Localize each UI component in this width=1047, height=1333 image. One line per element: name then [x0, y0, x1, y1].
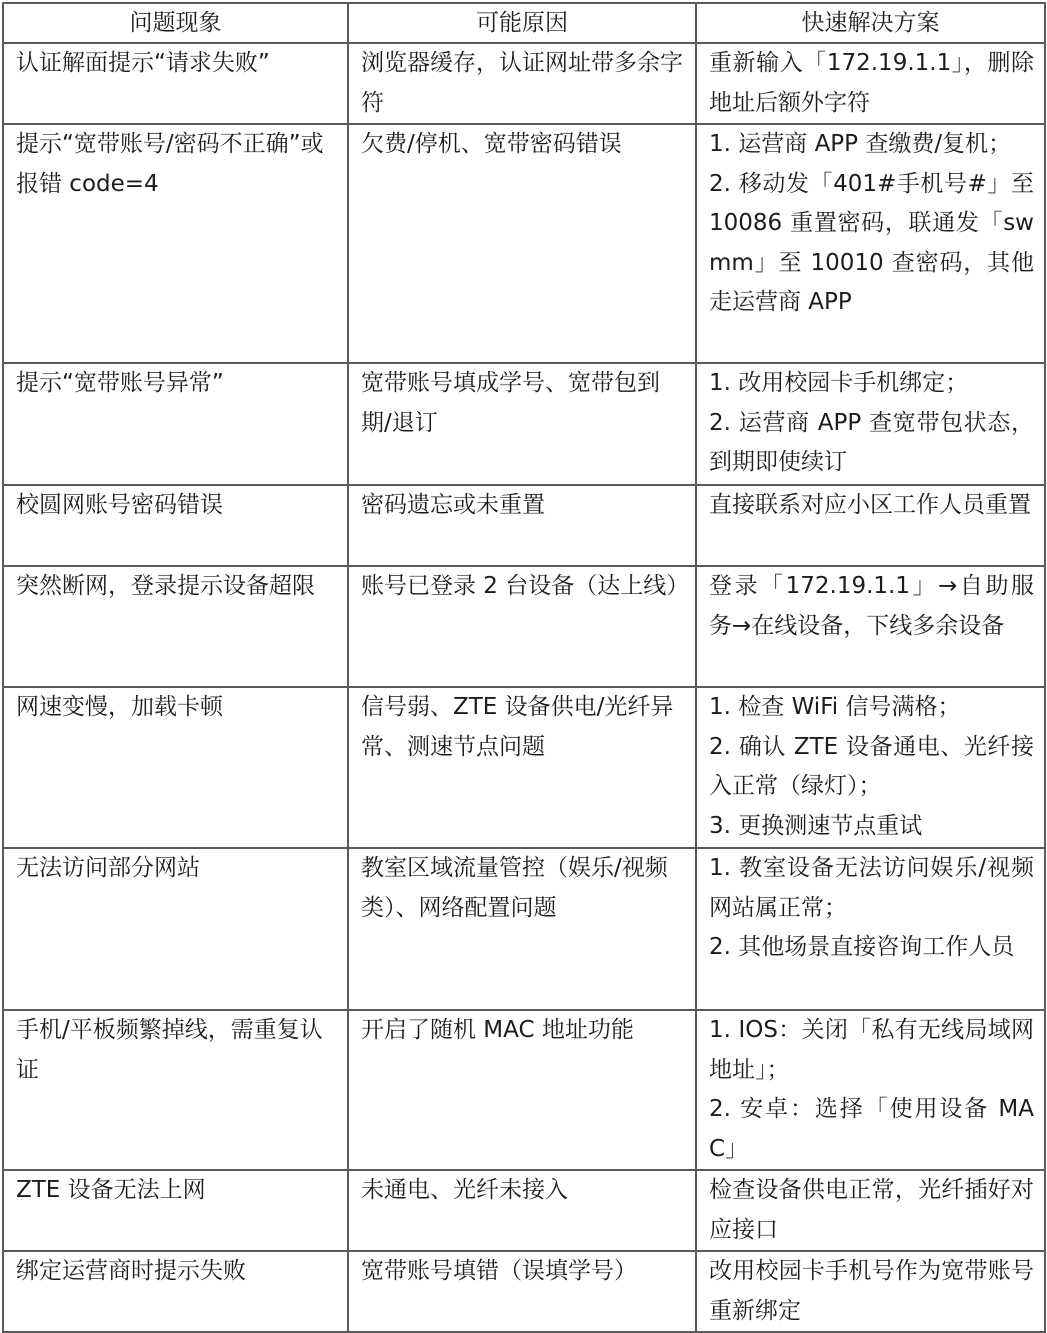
table-row: 无法访问部分网站 教室区域流量管控（娱乐/视频类）、网络配置问题 1. 教室设备…: [3, 848, 1045, 1010]
symptom-cell: 提示“宽带账号异常”: [3, 363, 348, 485]
solution-line: 1. 检查 WiFi 信号满格；: [709, 688, 1034, 728]
header-solution: 快速解决方案: [696, 3, 1045, 43]
symptom-cell: 绑定运营商时提示失败: [3, 1251, 348, 1313]
solution-line: 1. 教室设备无法访问娱乐/视频网站属正常；: [709, 849, 1034, 928]
solution-cell: 检查设备供电正常，光纤插好对应接口: [696, 1170, 1045, 1251]
table-row: 网速变慢，加载卡顿 信号弱、ZTE 设备供电/光纤异常、测速节点问题 1. 检查…: [3, 687, 1045, 848]
troubleshooting-table: 问题现象 可能原因 快速解决方案 认证解面提示“请求失败” 浏览器缓存，认证网址…: [2, 2, 1046, 1313]
table-row: 突然断网，登录提示设备超限 账号已登录 2 台设备（达上线） 登录「172.19…: [3, 566, 1045, 687]
solution-cell: 1. IOS：关闭「私有无线局域网地址」； 2. 安卓：选择「使用设备 MAC」: [696, 1010, 1045, 1170]
header-cause: 可能原因: [348, 3, 696, 43]
cause-cell: 宽带账号填错（误填学号）: [348, 1251, 696, 1313]
solution-cell: 重新输入「172.19.1.1」，删除地址后额外字符: [696, 43, 1045, 124]
cause-cell: 教室区域流量管控（娱乐/视频类）、网络配置问题: [348, 848, 696, 1010]
table-row: 提示“宽带账号异常” 宽带账号填成学号、宽带包到期/退订 1. 改用校园卡手机绑…: [3, 363, 1045, 485]
solution-line: 1. 改用校园卡手机绑定；: [709, 364, 1034, 404]
table-row: 绑定运营商时提示失败 宽带账号填错（误填学号） 改用校园卡手机号作为宽带账号重新…: [3, 1251, 1045, 1313]
symptom-cell: 网速变慢，加载卡顿: [3, 687, 348, 848]
solution-line: 直接联系对应小区工作人员重置: [709, 486, 1034, 526]
symptom-cell: 突然断网，登录提示设备超限: [3, 566, 348, 687]
symptom-cell: 提示“宽带账号/密码不正确”或报错 code=4: [3, 124, 348, 363]
solution-cell: 登录「172.19.1.1」→自助服务→在线设备，下线多余设备: [696, 566, 1045, 687]
solution-cell: 直接联系对应小区工作人员重置: [696, 485, 1045, 566]
solution-line: 2. 运营商 APP 查宽带包状态，到期即使续订: [709, 404, 1034, 483]
symptom-cell: ZTE 设备无法上网: [3, 1170, 348, 1251]
table-row: 校圆网账号密码错误 密码遗忘或未重置 直接联系对应小区工作人员重置: [3, 485, 1045, 566]
table-row: 手机/平板频繁掉线，需重复认证 开启了随机 MAC 地址功能 1. IOS：关闭…: [3, 1010, 1045, 1170]
solution-line: 登录「172.19.1.1」→自助服务→在线设备，下线多余设备: [709, 567, 1034, 646]
symptom-cell: 手机/平板频繁掉线，需重复认证: [3, 1010, 348, 1170]
solution-line: 2. 移动发「401#手机号#」至 10086 重置密码，联通发「swmm」至 …: [709, 165, 1034, 323]
table-header-row: 问题现象 可能原因 快速解决方案: [3, 3, 1045, 43]
solution-line: 2. 安卓：选择「使用设备 MAC」: [709, 1090, 1034, 1169]
solution-line: 3. 更换测速节点重试: [709, 807, 1034, 847]
solution-line: 重新输入「172.19.1.1」，删除地址后额外字符: [709, 44, 1034, 123]
solution-line: 检查设备供电正常，光纤插好对应接口: [709, 1171, 1034, 1250]
table-row: 提示“宽带账号/密码不正确”或报错 code=4 欠费/停机、宽带密码错误 1.…: [3, 124, 1045, 363]
cause-cell: 账号已登录 2 台设备（达上线）: [348, 566, 696, 687]
header-symptom: 问题现象: [3, 3, 348, 43]
cause-cell: 欠费/停机、宽带密码错误: [348, 124, 696, 363]
solution-cell: 改用校园卡手机号作为宽带账号重新绑定: [696, 1251, 1045, 1313]
cause-cell: 宽带账号填成学号、宽带包到期/退订: [348, 363, 696, 485]
solution-line: 1. IOS：关闭「私有无线局域网地址」；: [709, 1011, 1034, 1090]
cause-cell: 开启了随机 MAC 地址功能: [348, 1010, 696, 1170]
symptom-cell: 认证解面提示“请求失败”: [3, 43, 348, 124]
symptom-cell: 无法访问部分网站: [3, 848, 348, 1010]
symptom-cell: 校圆网账号密码错误: [3, 485, 348, 566]
cause-cell: 信号弱、ZTE 设备供电/光纤异常、测速节点问题: [348, 687, 696, 848]
solution-cell: 1. 改用校园卡手机绑定； 2. 运营商 APP 查宽带包状态，到期即使续订: [696, 363, 1045, 485]
solution-line: 2. 其他场景直接咨询工作人员: [709, 928, 1034, 968]
table-row: ZTE 设备无法上网 未通电、光纤未接入 检查设备供电正常，光纤插好对应接口: [3, 1170, 1045, 1251]
table-row: 认证解面提示“请求失败” 浏览器缓存，认证网址带多余字符 重新输入「172.19…: [3, 43, 1045, 124]
solution-line: 2. 确认 ZTE 设备通电、光纤接入正常（绿灯）；: [709, 728, 1034, 807]
cause-cell: 未通电、光纤未接入: [348, 1170, 696, 1251]
cause-cell: 密码遗忘或未重置: [348, 485, 696, 566]
solution-cell: 1. 运营商 APP 查缴费/复机； 2. 移动发「401#手机号#」至 100…: [696, 124, 1045, 363]
solution-line: 改用校园卡手机号作为宽带账号重新绑定: [709, 1252, 1034, 1313]
solution-cell: 1. 检查 WiFi 信号满格； 2. 确认 ZTE 设备通电、光纤接入正常（绿…: [696, 687, 1045, 848]
solution-cell: 1. 教室设备无法访问娱乐/视频网站属正常； 2. 其他场景直接咨询工作人员: [696, 848, 1045, 1010]
cause-cell: 浏览器缓存，认证网址带多余字符: [348, 43, 696, 124]
solution-line: 1. 运营商 APP 查缴费/复机；: [709, 125, 1034, 165]
